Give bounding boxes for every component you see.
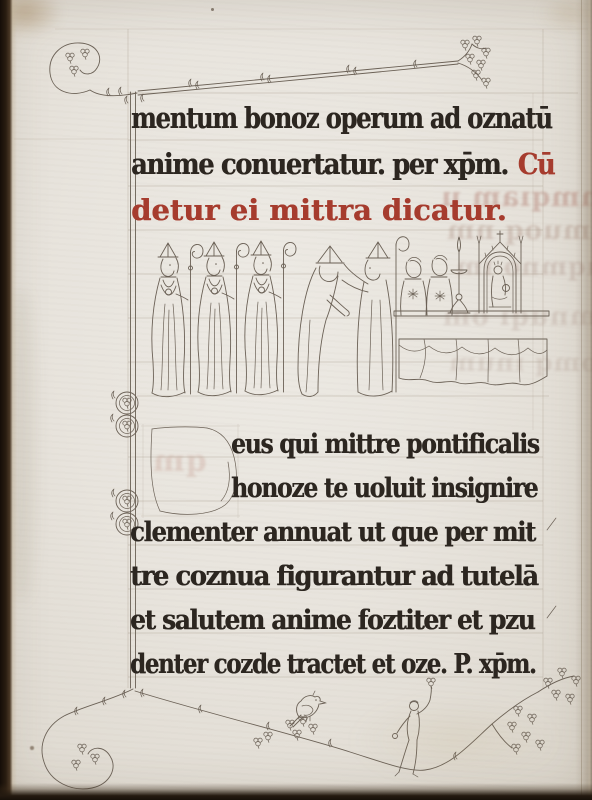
marginal-figure-drawing (393, 678, 436, 777)
bird-drawing (290, 691, 326, 727)
foliate-roundel (111, 391, 138, 437)
rubric-line-text: detur ei mittra dicatur. (131, 193, 507, 227)
prayer-line-6: denter cozde tractet et oze. P. xp̄m. (130, 646, 543, 684)
ivy-vine-bottom-drawing (42, 668, 580, 789)
prayer-line-2-text: honoze te uoluit insignire (231, 470, 537, 508)
candlestick-drawing (448, 237, 470, 313)
page-edge-line (581, 0, 582, 800)
manuscript-photo: nmqıam u ımuoq nm uqmno ım mnuqı om omq … (0, 0, 592, 800)
prayer-line-4: tre coznua figurantur ad tutelā (130, 558, 543, 596)
initial-d-sketch (141, 424, 240, 518)
prayer-line-1-text: eus qui mittre pontificalis (231, 426, 539, 464)
line-filler-stroke (547, 518, 556, 618)
page-bottom-edge (0, 783, 592, 800)
ivy-leaf-cluster (66, 49, 89, 76)
text-line-2-text: anime conuertatur. per xp̄m. (131, 147, 508, 181)
text-line-2: anime conuertatur. per xp̄m.Cū (131, 145, 558, 183)
rubric-line: detur ei mittra dicatur. (131, 191, 507, 229)
binding-edge (0, 0, 17, 800)
page-right-edge (575, 0, 592, 800)
gothic-shrine-drawing (477, 231, 523, 313)
prayer-line-6-text: denter cozde tractet et oze. P. xp̄m. (130, 646, 536, 684)
ivy-leaf-cluster (254, 716, 317, 748)
ivy-vine-top-drawing (50, 36, 490, 96)
prayer-line-1: eus qui mittre pontificalis (231, 426, 542, 464)
clerics-drawing (401, 255, 453, 315)
bowing-bishop-drawing (298, 246, 349, 396)
prayer-line-3-text: clementer annuat ut que per mit (130, 514, 535, 552)
prayer-line-3: clementer annuat ut que per mit (130, 514, 543, 552)
prayer-line-5: et salutem anime foztiter et pzu (130, 602, 543, 640)
prayer-line-2: honoze te uoluit insignire (231, 470, 542, 508)
rubric-incipit: Cū (518, 147, 555, 181)
prayer-line-4-text: tre coznua figurantur ad tutelā (130, 558, 538, 596)
text-line-1-text: mentum bonoz operum ad oznatū (131, 99, 552, 137)
prayer-line-5-text: et salutem anime foztiter et pzu (130, 602, 534, 640)
altar-drawing (394, 311, 549, 385)
ivy-leaf-cluster (461, 36, 490, 88)
miniature-drawing (137, 231, 549, 397)
procession-bishops-drawing (152, 241, 296, 397)
text-line-1: mentum bonoz operum ad oznatū (131, 99, 558, 137)
